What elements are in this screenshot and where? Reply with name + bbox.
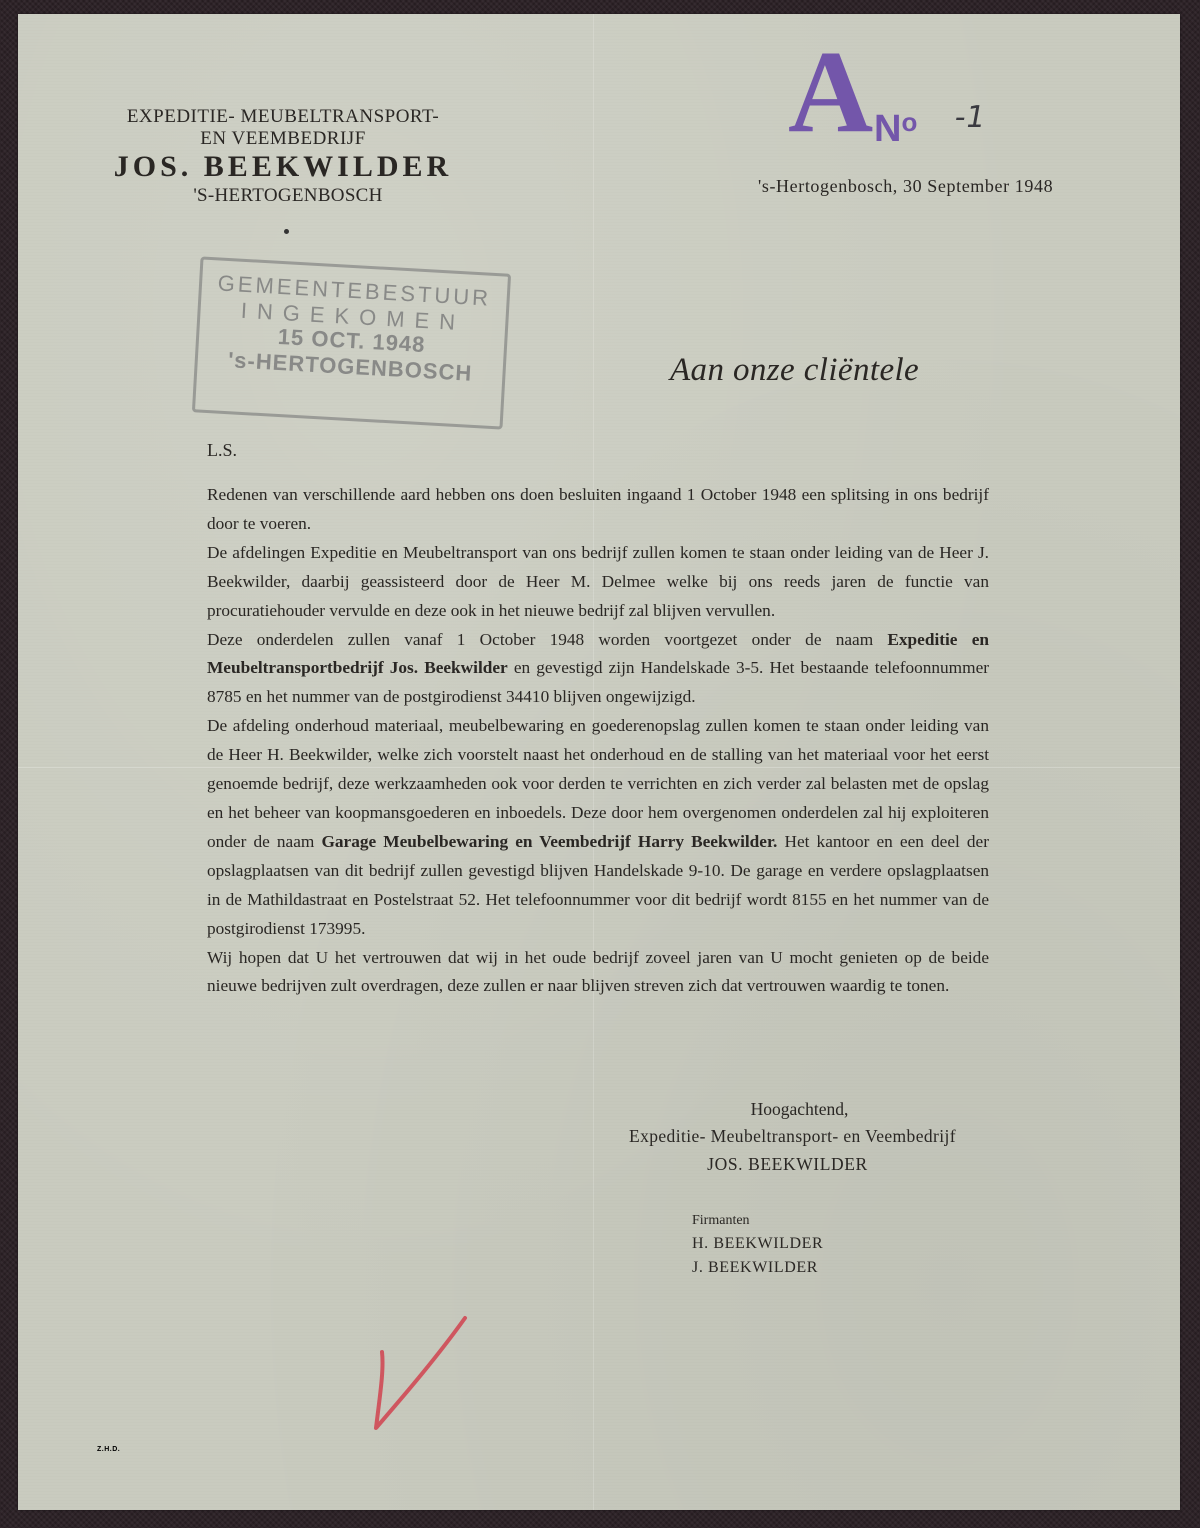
letterhead: EXPEDITIE- MEUBELTRANSPORT- EN VEEMBEDRI… xyxy=(108,106,458,208)
valediction: Hoogachtend, xyxy=(604,1096,995,1122)
partner-name: H. BEEKWILDER xyxy=(692,1232,823,1256)
partners-label: Firmanten xyxy=(692,1210,823,1232)
letterhead-dot xyxy=(284,229,289,234)
closing-company: JOS. BEEKWILDER xyxy=(580,1150,995,1178)
stamp-no-suffix: o xyxy=(901,107,917,137)
paragraph-4: De afdeling onderhoud materiaal, meubelb… xyxy=(207,712,989,943)
paragraph-2: De afdelingen Expeditie en Meubeltranspo… xyxy=(207,539,989,626)
salutation: L.S. xyxy=(207,440,237,461)
paragraph-3-text: Deze onderdelen zullen vanaf 1 October 1… xyxy=(207,630,887,649)
letter-body: Redenen van verschillende aard hebben on… xyxy=(207,481,989,1001)
paragraph-5: Wij hopen dat U het vertrouwen dat wij i… xyxy=(207,944,989,1002)
garage-name-bold: Garage Meubelbewaring en Veembedrijf Har… xyxy=(321,832,777,851)
letterhead-line2: EN VEEMBEDRIJF xyxy=(108,128,458,150)
closing-firm-name: Expeditie- Meubeltransport- en Veembedri… xyxy=(590,1122,995,1150)
paragraph-4-text: De afdeling onderhoud materiaal, meubelb… xyxy=(207,716,989,851)
letter-page: EXPEDITIE- MEUBELTRANSPORT- EN VEEMBEDRI… xyxy=(18,14,1180,1510)
paragraph-3: Deze onderdelen zullen vanaf 1 October 1… xyxy=(207,626,989,713)
stamp-number-label: No xyxy=(874,102,917,149)
red-checkmark-icon xyxy=(360,1300,480,1440)
paragraph-1: Redenen van verschillende aard hebben on… xyxy=(207,481,989,539)
stamp-no-text: N xyxy=(874,108,901,150)
handwritten-number: -1 xyxy=(952,100,988,135)
stamp-letter: A xyxy=(788,42,871,142)
partners-block: Firmanten H. BEEKWILDER J. BEEKWILDER xyxy=(692,1210,823,1280)
greeting-heading: Aan onze cliëntele xyxy=(670,352,919,389)
date-line: 's-Hertogenbosch, 30 September 1948 xyxy=(758,176,1053,197)
letterhead-company-name: JOS. BEEKWILDER xyxy=(108,150,458,184)
received-stamp: GEMEENTEBESTUUR INGEKOMEN 15 OCT. 1948 '… xyxy=(192,256,511,429)
letterhead-line1: EXPEDITIE- MEUBELTRANSPORT- xyxy=(108,106,458,128)
partner-name: J. BEEKWILDER xyxy=(692,1256,823,1280)
letterhead-city: 'S-HERTOGENBOSCH xyxy=(118,184,458,208)
printer-code: Z.H.D. xyxy=(97,1446,120,1453)
closing-block: Hoogachtend, Expeditie- Meubeltransport-… xyxy=(590,1096,995,1178)
